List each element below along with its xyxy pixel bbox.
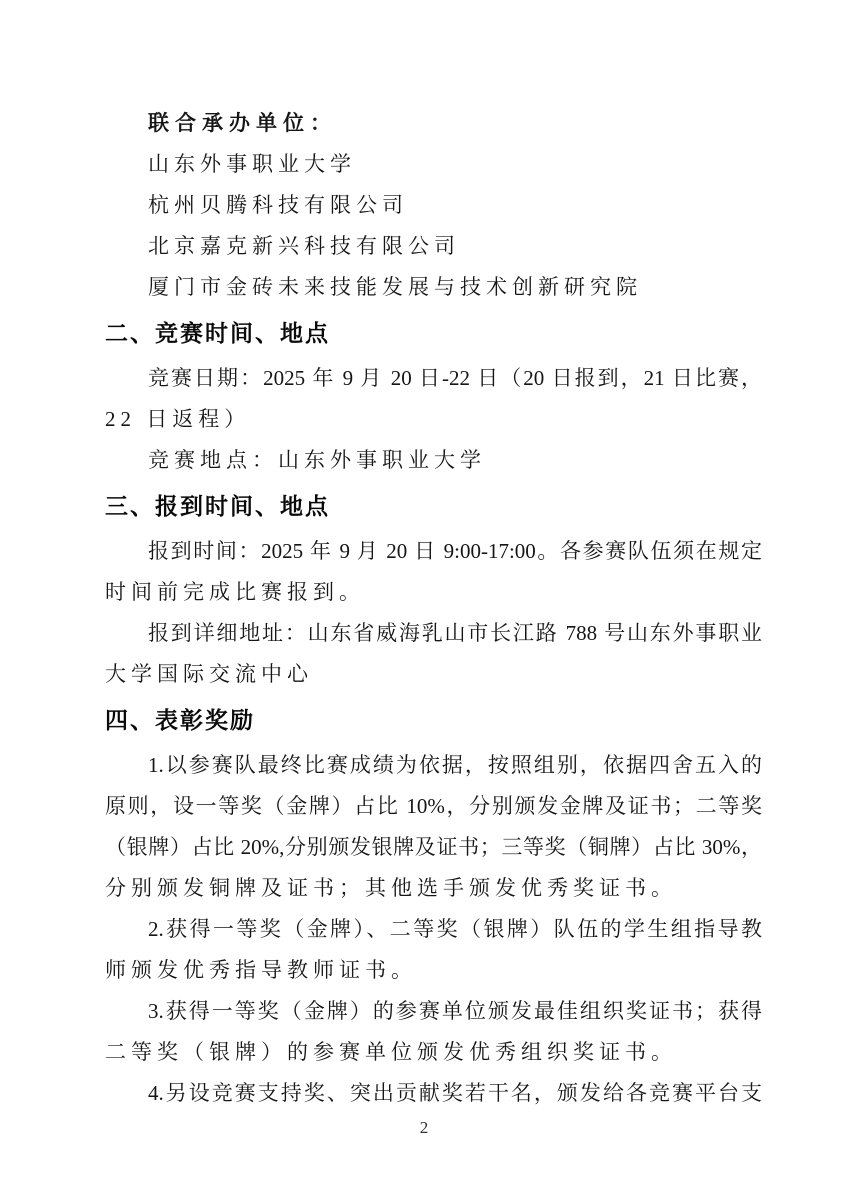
award-item-3-line-2: 二等奖（银牌）的参赛单位颁发优秀组织奖证书。: [105, 1032, 762, 1073]
award-item-1-line-3: （银牌）占比 20%,分别颁发银牌及证书；三等奖（铜牌）占比 30%，: [105, 827, 762, 868]
award-item-1-line-2: 原则，设一等奖（金牌）占比 10%，分别颁发金牌及证书；二等奖: [105, 786, 762, 827]
page-number: 2: [0, 1118, 848, 1138]
award-item-2-line-1: 2.获得一等奖（金牌）、二等奖（银牌）队伍的学生组指导教: [105, 909, 762, 950]
checkin-address-line-1: 报到详细地址：山东省威海乳山市长江路 788 号山东外事职业: [105, 613, 762, 654]
checkin-time-line-1: 报到时间：2025 年 9 月 20 日 9:00-17:00。各参赛队伍须在规…: [105, 531, 762, 572]
competition-date-line-1: 竞赛日期：2025 年 9 月 20 日-22 日（20 日报到，21 日比赛，: [105, 358, 762, 399]
organizer-hangzhou: 杭州贝腾科技有限公司: [105, 185, 762, 226]
award-item-1-line-1: 1.以参赛队最终比赛成绩为依据，按照组别，依据四舍五入的: [105, 745, 762, 786]
heading-section-4-awards: 四、表彰奖励: [105, 695, 762, 745]
award-item-2-line-2: 师颁发优秀指导教师证书。: [105, 950, 762, 991]
award-item-3-line-1: 3.获得一等奖（金牌）的参赛单位颁发最佳组织奖证书；获得: [105, 991, 762, 1032]
organizer-beijing: 北京嘉克新兴科技有限公司: [105, 226, 762, 267]
competition-venue-line: 竞赛地点：山东外事职业大学: [105, 440, 762, 481]
heading-section-3-checkin-time: 三、报到时间、地点: [105, 481, 762, 531]
organizer-xiamen: 厦门市金砖未来技能发展与技术创新研究院: [105, 267, 762, 308]
award-item-4-line-1: 4.另设竞赛支持奖、突出贡献奖若干名，颁发给各竞赛平台支: [105, 1073, 762, 1114]
heading-section-2-competition-time: 二、竞赛时间、地点: [105, 308, 762, 358]
co-organizer-label: 联合承办单位：: [105, 103, 762, 144]
award-item-1-line-4: 分别颁发铜牌及证书；其他选手颁发优秀奖证书。: [105, 868, 762, 909]
organizer-shandong: 山东外事职业大学: [105, 144, 762, 185]
document-body: 联合承办单位： 山东外事职业大学 杭州贝腾科技有限公司 北京嘉克新兴科技有限公司…: [105, 103, 762, 1114]
checkin-address-line-2: 大学国际交流中心: [105, 654, 762, 695]
competition-date-line-2: 22 日返程）: [105, 399, 762, 440]
checkin-time-line-2: 时间前完成比赛报到。: [105, 572, 762, 613]
document-page: 联合承办单位： 山东外事职业大学 杭州贝腾科技有限公司 北京嘉克新兴科技有限公司…: [0, 0, 848, 1200]
